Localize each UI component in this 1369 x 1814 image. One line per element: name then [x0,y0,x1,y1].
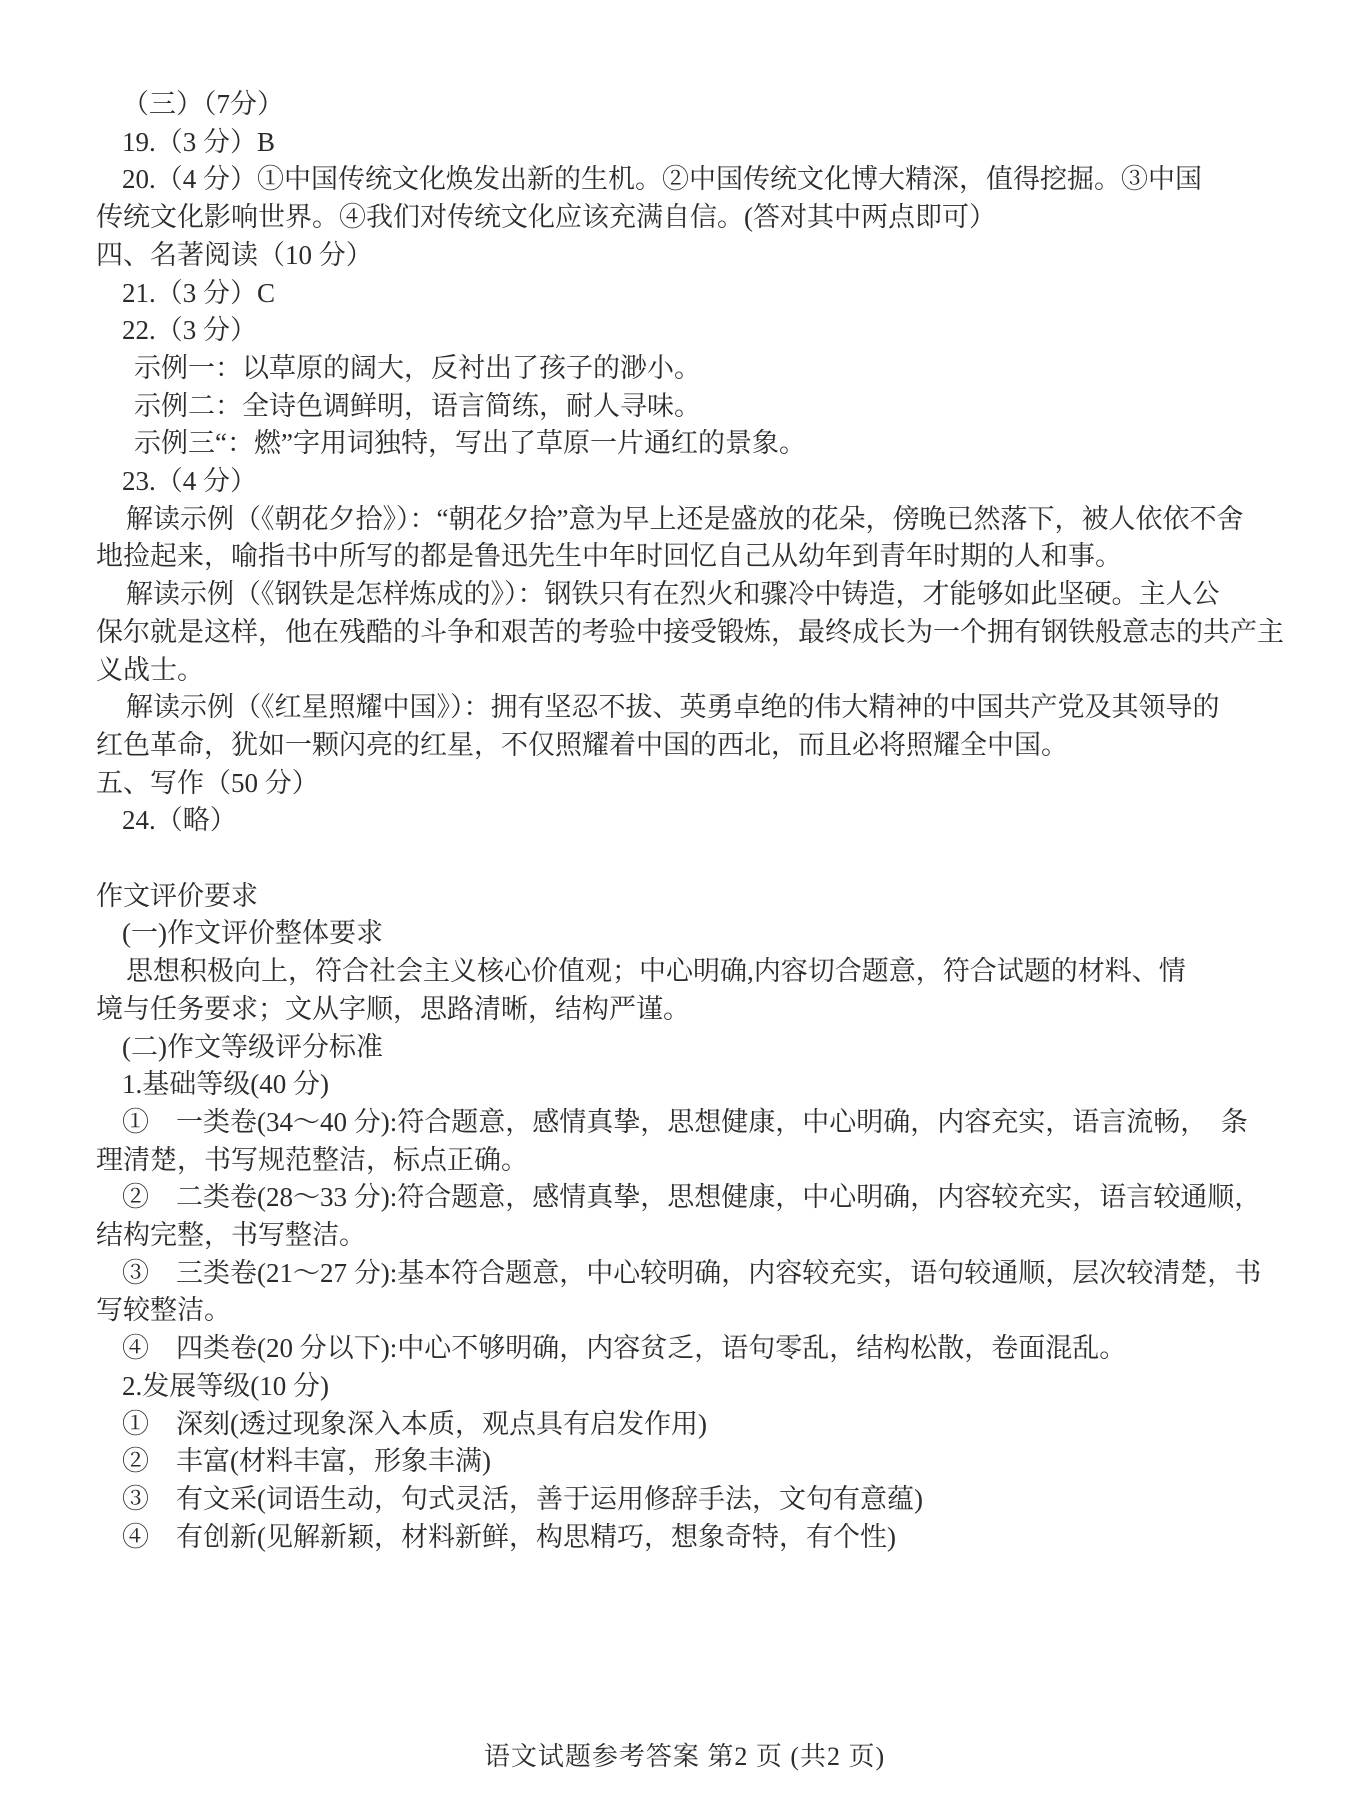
document-page: （三）（7分）19.（3 分）B20.（4 分）①中国传统文化焕发出新的生机。②… [0,0,1369,1814]
page-footer: 语文试题参考答案 第2 页 (共2 页) [0,1736,1369,1773]
text-line: 思想积极向上，符合社会主义核心价值观；中心明确,内容切合题意，符合试题的材料、情 [126,953,1285,991]
text-line: 23.（4 分） [122,463,1285,501]
text-line: 解读示例（《红星照耀中国》）：拥有坚忍不拔、英勇卓绝的伟大精神的中国共产党及其领… [126,689,1285,727]
text-line: 1.基础等级(40 分) [122,1066,1285,1104]
text-line: 24.（略） [122,802,1285,840]
text-line: 地捡起来，喻指书中所写的都是鲁迅先生中年时回忆自己从幼年到青年时期的人和事。 [96,538,1285,576]
text-line: 作文评价要求 [96,878,1285,916]
text-line: 22.（3 分） [122,312,1285,350]
text-line: ④ 有创新(见解新颖，材料新鲜，构思精巧，想象奇特，有个性) [122,1519,1285,1557]
text-line [96,840,1285,878]
text-line: ② 丰富(材料丰富，形象丰满) [122,1443,1285,1481]
answer-key-body: （三）（7分）19.（3 分）B20.（4 分）①中国传统文化焕发出新的生机。②… [96,86,1285,1556]
text-line: 理清楚，书写规范整洁，标点正确。 [96,1142,1285,1180]
text-line: 19.（3 分）B [122,124,1285,162]
text-line: 示例三“：燃”字用词独特，写出了草原一片通红的景象。 [134,425,1285,463]
text-line: 20.（4 分）①中国传统文化焕发出新的生机。②中国传统文化博大精深，值得挖掘。… [122,161,1285,199]
text-line: 示例二：全诗色调鲜明，语言简练，耐人寻味。 [134,388,1285,426]
text-line: 传统文化影响世界。④我们对传统文化应该充满自信。(答对其中两点即可） [96,199,1285,237]
text-line: 解读示例（《钢铁是怎样炼成的》）：钢铁只有在烈火和骤冷中铸造，才能够如此坚硬。主… [126,576,1285,614]
text-line: 2.发展等级(10 分) [122,1368,1285,1406]
text-line: 红色革命，犹如一颗闪亮的红星，不仅照耀着中国的西北，而且必将照耀全中国。 [96,727,1285,765]
text-line: ④ 四类卷(20 分以下):中心不够明确，内容贫乏，语句零乱，结构松散，卷面混乱… [122,1330,1285,1368]
text-line: ② 二类卷(28～33 分):符合题意，感情真挚，思想健康，中心明确，内容较充实… [122,1179,1285,1217]
text-line: (一)作文评价整体要求 [122,915,1285,953]
text-line: ① 深刻(透过现象深入本质，观点具有启发作用) [122,1406,1285,1444]
text-line: 义战士。 [96,652,1285,690]
text-line: ③ 三类卷(21～27 分):基本符合题意，中心较明确，内容较充实，语句较通顺，… [122,1255,1285,1293]
text-line: 保尔就是这样，他在残酷的斗争和艰苦的考验中接受锻炼，最终成长为一个拥有钢铁般意志… [96,614,1285,652]
text-line: 写较整洁。 [96,1292,1285,1330]
text-line: 四、名著阅读（10 分） [96,237,1285,275]
text-line: 21.（3 分）C [122,275,1285,313]
text-line: 境与任务要求；文从字顺，思路清晰，结构严谨。 [96,991,1285,1029]
text-line: 解读示例（《朝花夕拾》）：“朝花夕拾”意为早上还是盛放的花朵，傍晚已然落下，被人… [126,501,1285,539]
text-line: ③ 有文采(词语生动，句式灵活，善于运用修辞手法，文句有意蕴) [122,1481,1285,1519]
text-line: (二)作文等级评分标准 [122,1029,1285,1067]
text-line: ① 一类卷(34～40 分):符合题意，感情真挚，思想健康，中心明确，内容充实，… [122,1104,1285,1142]
text-line: 结构完整，书写整洁。 [96,1217,1285,1255]
text-line: （三）（7分） [122,86,1285,124]
text-line: 示例一：以草原的阔大，反衬出了孩子的渺小。 [134,350,1285,388]
text-line: 五、写作（50 分） [96,765,1285,803]
